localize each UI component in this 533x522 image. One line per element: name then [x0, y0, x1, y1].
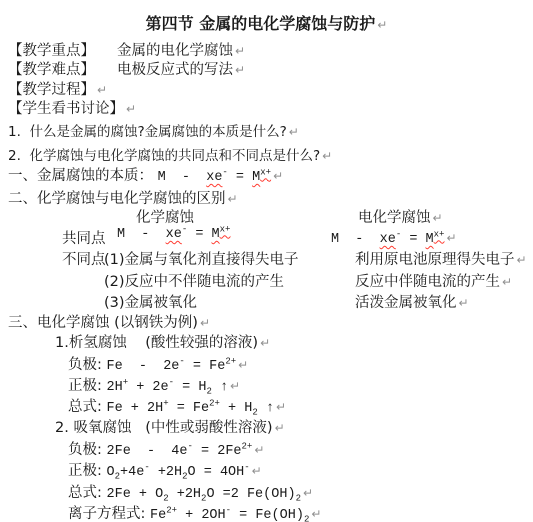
equation-positive-electrode-2: 正极: O2+4e- +2H2O = 4OH-↵	[68, 459, 533, 480]
meta-label: 【教学重点】	[8, 43, 95, 59]
diff-right-cell: 利用原电池原理得失电子↵	[355, 248, 527, 269]
paragraph-mark-icon: ↵	[459, 296, 469, 310]
equation-formula: 2H+ + 2e- = H2 ↑	[107, 380, 229, 395]
subsection-title: 1.析氢腐蚀 (酸性较强的溶液)	[55, 335, 258, 351]
paragraph-mark-icon: ↵	[97, 83, 107, 97]
paragraph-mark-icon: ↵	[238, 358, 248, 372]
section-heading: 二、化学腐蚀与电化学腐蚀的区别	[8, 191, 226, 207]
paragraph-mark-icon: ↵	[254, 443, 264, 457]
paragraph-mark-icon: ↵	[289, 125, 299, 139]
meta-line-process: 【教学过程】↵	[8, 78, 533, 99]
meta-label: 【学生看书讨论】	[8, 101, 124, 117]
subsection-title: 2. 吸氧腐蚀 (中性或弱酸性溶液)	[55, 420, 273, 436]
equation-ionic: 离子方程式: Fe2+ + 2OH- = Fe(OH)2↵	[68, 502, 533, 522]
paragraph-mark-icon: ↵	[377, 18, 387, 32]
section-2-heading: 二、化学腐蚀与电化学腐蚀的区别↵	[8, 187, 533, 208]
section-3-heading: 三、电化学腐蚀 (以钢铁为例)↵	[8, 311, 533, 332]
equation-positive-electrode-1: 正极: 2H+ + 2e- = H2 ↑↵	[68, 374, 533, 395]
question-text: 2. 化学腐蚀与电化学腐蚀的共同点和不同点是什么?	[8, 148, 320, 164]
row-label-diff: 不同点	[62, 248, 106, 269]
diff-left-cell: (2)反应中不伴随电流的产生	[104, 270, 284, 291]
paragraph-mark-icon: ↵	[311, 507, 321, 521]
paragraph-mark-icon: ↵	[322, 149, 332, 163]
row-label-common: 共同点	[62, 227, 106, 248]
column-header-electrochemical: 电化学腐蚀↵	[358, 206, 443, 227]
paragraph-mark-icon: ↵	[502, 275, 512, 289]
essence-formula: M - xe- = Mx+	[158, 170, 271, 185]
paragraph-mark-icon: ↵	[433, 211, 443, 225]
paragraph-mark-icon: ↵	[275, 421, 285, 435]
paragraph-mark-icon: ↵	[303, 486, 313, 500]
equation-label: 离子方程式:	[68, 506, 150, 522]
equation-negative-electrode-2: 负极: 2Fe - 4e- = 2Fe2+↵	[68, 438, 533, 459]
paragraph-mark-icon: ↵	[200, 316, 210, 330]
comparison-diff-row-2: (2)反应中不伴随电流的产生 反应中伴随电流的产生↵	[0, 270, 533, 291]
paragraph-mark-icon: ↵	[260, 336, 270, 350]
equation-label: 总式:	[68, 485, 107, 501]
diff-left-cell: (1)金属与氧化剂直接得失电子	[104, 248, 299, 269]
meta-value: 金属的电化学腐蚀	[117, 43, 233, 59]
section-heading: 三、电化学腐蚀 (以钢铁为例)	[8, 315, 198, 331]
common-formula-left: M - xe- = Mx+	[117, 227, 230, 242]
equation-label: 正极:	[68, 463, 107, 479]
diff-right-cell: 反应中伴随电流的产生↵	[355, 270, 512, 291]
equation-overall-1: 总式: Fe + 2H+ = Fe2+ + H2 ↑↵	[68, 395, 533, 416]
document-title-line: 第四节 金属的电化学腐蚀与防护↵	[0, 11, 533, 32]
equation-label: 负极:	[68, 357, 107, 373]
equation-formula: 2Fe - 4e- = 2Fe2+	[107, 444, 253, 459]
diff-left-cell: (3)金属被氧化	[104, 291, 197, 312]
paragraph-mark-icon: ↵	[235, 63, 245, 77]
section-heading: 一、金属腐蚀的本质：	[8, 168, 158, 184]
paragraph-mark-icon: ↵	[230, 379, 240, 393]
meta-label: 【教学过程】	[8, 82, 95, 98]
paragraph-mark-icon: ↵	[517, 253, 527, 267]
comparison-diff-row-3: (3)金属被氧化 活泼金属被氧化↵	[0, 291, 533, 312]
equation-formula: Fe2+ + 2OH- = Fe(OH)2	[150, 508, 309, 522]
document-title: 第四节 金属的电化学腐蚀与防护	[146, 14, 376, 33]
document-page: 第四节 金属的电化学腐蚀与防护↵ 【教学重点】金属的电化学腐蚀↵ 【教学难点】电…	[0, 0, 533, 522]
meta-line-discussion: 【学生看书讨论】↵	[8, 97, 533, 118]
comparison-common-row: 共同点 M - xe- = Mx+ M - xe- = Mx+↵	[0, 227, 533, 248]
section-1-essence: 一、金属腐蚀的本质： M - xe- = Mx+↵	[8, 164, 533, 185]
paragraph-mark-icon: ↵	[228, 192, 238, 206]
paragraph-mark-icon: ↵	[252, 464, 262, 478]
question-1: 1. 什么是金属的腐蚀?金属腐蚀的本质是什么?↵	[8, 120, 533, 141]
equation-formula: Fe + 2H+ = Fe2+ + H2 ↑	[107, 401, 274, 416]
paragraph-mark-icon: ↵	[276, 400, 286, 414]
equation-label: 总式:	[68, 399, 107, 415]
meta-line-difficulties: 【教学难点】电极反应式的写法↵	[8, 58, 533, 79]
subsection-hydrogen-corrosion: 1.析氢腐蚀 (酸性较强的溶液)↵	[55, 331, 533, 352]
diff-right-cell: 活泼金属被氧化↵	[355, 291, 469, 312]
paragraph-mark-icon: ↵	[235, 44, 245, 58]
comparison-header-row: 化学腐蚀 电化学腐蚀↵	[0, 206, 533, 227]
equation-formula: Fe - 2e- = Fe2+	[107, 359, 237, 374]
equation-negative-electrode-1: 负极: Fe - 2e- = Fe2+↵	[68, 353, 533, 374]
equation-formula: O2+4e- +2H2O = 4OH-	[107, 465, 250, 480]
meta-line-key-points: 【教学重点】金属的电化学腐蚀↵	[8, 39, 533, 60]
question-2: 2. 化学腐蚀与电化学腐蚀的共同点和不同点是什么?↵	[8, 144, 533, 165]
equation-label: 正极:	[68, 378, 107, 394]
paragraph-mark-icon: ↵	[126, 102, 136, 116]
subsection-oxygen-corrosion: 2. 吸氧腐蚀 (中性或弱酸性溶液)↵	[55, 416, 533, 437]
equation-overall-2: 总式: 2Fe + O2 +2H2O =2 Fe(OH)2↵	[68, 481, 533, 502]
comparison-diff-row-1: 不同点 (1)金属与氧化剂直接得失电子 利用原电池原理得失电子↵	[0, 248, 533, 269]
paragraph-mark-icon: ↵	[273, 169, 283, 183]
meta-label: 【教学难点】	[8, 62, 95, 78]
question-text: 1. 什么是金属的腐蚀?金属腐蚀的本质是什么?	[8, 124, 287, 140]
common-formula-right-cell: M - xe- = Mx+↵	[331, 227, 457, 247]
equation-formula: 2Fe + O2 +2H2O =2 Fe(OH)2	[107, 487, 301, 502]
paragraph-mark-icon: ↵	[446, 231, 456, 245]
meta-value: 电极反应式的写法	[117, 62, 233, 78]
equation-label: 负极:	[68, 442, 107, 458]
